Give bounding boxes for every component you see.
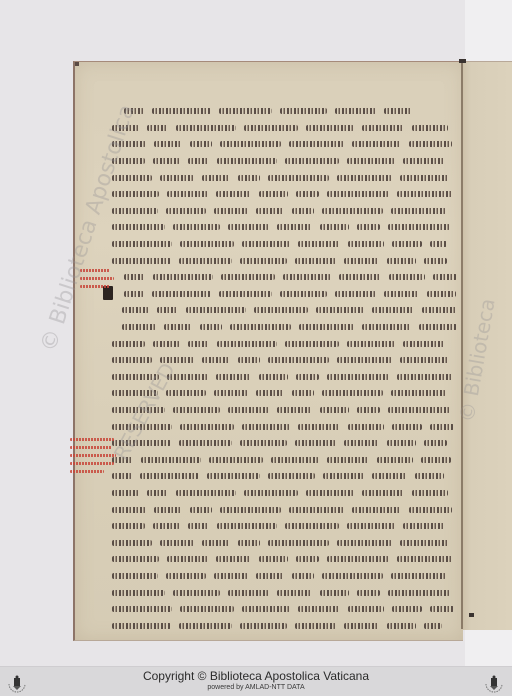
ink-word [397,191,453,197]
ink-word [228,224,269,230]
ink-word [403,158,445,164]
ink-word [160,540,194,546]
ink-word [112,125,139,131]
manuscript-text-block [104,103,464,634]
manuscript-line [104,169,464,186]
ink-word [280,291,327,297]
ink-word [327,556,389,562]
ink-word [167,374,208,380]
ink-word [219,291,272,297]
ink-word [400,357,449,363]
ink-word [160,357,194,363]
ink-word [209,457,263,463]
ink-word [306,490,354,496]
ink-word [112,374,159,380]
ink-word [259,556,288,562]
ink-word [147,125,168,131]
binding-cap-bottom [469,613,474,617]
ink-word [122,307,149,313]
ink-word [384,108,412,114]
ink-word [228,590,269,596]
ink-word [289,141,344,147]
ink-word [179,440,232,446]
manuscript-line [104,302,464,319]
ink-word [421,457,451,463]
manuscript-line [104,451,464,468]
ink-word [221,274,275,280]
ink-word [306,125,354,131]
vatican-seal-icon [483,672,505,694]
ink-word [400,540,449,546]
ink-word [387,623,416,629]
ink-word [112,175,152,181]
ink-word [372,307,414,313]
ink-word [277,590,312,596]
ink-word [153,158,180,164]
ink-word [268,540,329,546]
ink-word [424,623,442,629]
ink-word [259,374,288,380]
ink-word [180,424,234,430]
ink-word [200,324,222,330]
manuscript-line [104,136,464,153]
ink-word [339,274,381,280]
manuscript-line [104,584,464,601]
ink-word [153,341,180,347]
manuscript-line [104,601,464,618]
ink-word [240,623,287,629]
ink-word [327,374,389,380]
ink-word [140,473,199,479]
ink-word [153,274,213,280]
ink-word [392,241,422,247]
ink-word [424,440,447,446]
ink-word [320,407,349,413]
ink-word [391,390,446,396]
ink-word [112,141,146,147]
ink-word [238,175,260,181]
ink-word [337,540,392,546]
ink-word [412,125,448,131]
ink-word [240,258,287,264]
ink-word [112,440,171,446]
ink-word [433,274,457,280]
ink-word [430,241,447,247]
manuscript-line [104,352,464,369]
ink-word [412,490,448,496]
ink-word [112,208,158,214]
ink-word [299,324,354,330]
ink-word [348,606,384,612]
ink-word [409,507,452,513]
ink-word [256,208,284,214]
ink-word [271,457,319,463]
manuscript-line [104,551,464,568]
ink-word [217,341,277,347]
ink-word [391,573,446,579]
ink-word [409,141,452,147]
ink-word [357,224,380,230]
ink-word [362,324,411,330]
ink-word [388,590,450,596]
ink-word [180,241,234,247]
ink-word [188,158,209,164]
ink-word [112,390,158,396]
ink-word [216,374,251,380]
manuscript-line [104,617,464,634]
ink-word [400,175,449,181]
ink-word [388,224,450,230]
ink-word [391,208,446,214]
ink-word [147,490,168,496]
ink-word [124,291,144,297]
ink-word [292,208,314,214]
marginal-note-upper [80,267,114,291]
ink-word [216,191,251,197]
ink-word [277,224,312,230]
ink-word [112,357,152,363]
ink-word [322,390,383,396]
manuscript-line [104,568,464,585]
manuscript-line [104,120,464,137]
ink-word [173,407,220,413]
ink-word [112,341,145,347]
ink-word [190,141,212,147]
ink-word [388,407,450,413]
ink-word [327,191,389,197]
ink-word [285,341,339,347]
ink-word [392,606,422,612]
binding-cap-top [459,59,466,63]
ink-word [323,473,364,479]
marginal-note-lower [70,436,116,476]
ink-word [256,390,284,396]
ink-word [335,291,376,297]
ink-word [240,440,287,446]
ink-word [387,440,416,446]
ink-word [220,141,281,147]
ink-word [377,457,413,463]
manuscript-line [104,402,464,419]
ink-word [296,556,319,562]
ink-word [295,258,336,264]
ink-word [322,573,383,579]
manuscript-line [104,468,464,485]
ink-word [348,241,384,247]
ink-word [362,125,404,131]
ink-word [268,473,315,479]
ink-word [112,623,171,629]
ink-word [316,307,364,313]
ink-word [219,108,272,114]
manuscript-line [104,153,464,170]
ink-word [214,208,248,214]
ink-word [347,341,395,347]
ink-word [217,523,277,529]
ink-word [392,424,422,430]
ink-word [295,623,336,629]
manuscript-line [104,103,464,120]
ink-word [214,573,248,579]
ink-word [242,241,290,247]
ink-word [298,606,340,612]
manuscript-line [104,501,464,518]
ink-word [337,357,392,363]
ink-word [202,540,230,546]
ink-word [112,606,172,612]
ink-word [387,258,416,264]
ink-word [292,390,314,396]
ink-word [167,556,208,562]
ink-word [179,623,232,629]
ink-word [362,490,404,496]
ink-word [285,523,339,529]
copyright-text: Copyright © Biblioteca Apostolica Vatica… [0,669,512,683]
ink-word [347,523,395,529]
ink-word [424,258,447,264]
copyright-footer: Copyright © Biblioteca Apostolica Vatica… [0,666,512,696]
manuscript-line [104,219,464,236]
ink-word [180,606,234,612]
manuscript-line [104,203,464,220]
ink-word [112,540,152,546]
ink-word [166,208,206,214]
ink-word [403,341,445,347]
manuscript-line [104,518,464,535]
ink-word [296,374,319,380]
ink-word [173,224,220,230]
manuscript-line [104,435,464,452]
ink-word [153,523,180,529]
ink-word [176,125,236,131]
ink-word [112,507,146,513]
ink-word [292,573,314,579]
manuscript-line [104,319,464,336]
facing-page-edge [461,61,512,630]
ink-word [322,208,383,214]
ink-word [397,374,453,380]
ink-word [186,307,246,313]
ink-word [167,191,208,197]
ink-word [289,507,344,513]
ink-word [238,540,260,546]
ink-word [202,357,230,363]
ink-word [228,407,269,413]
ink-word [112,224,165,230]
ink-word [285,158,339,164]
manuscript-line [104,269,464,286]
ink-word [403,523,445,529]
ink-word [154,141,182,147]
ink-word [112,590,165,596]
ink-word [124,274,145,280]
ink-word [190,507,212,513]
ink-word [254,307,308,313]
ink-word [112,191,159,197]
ink-word [112,424,172,430]
manuscript-line [104,418,464,435]
ink-word [295,440,336,446]
ink-word [415,473,444,479]
ink-word [157,307,178,313]
ink-word [344,258,379,264]
ink-word [259,191,288,197]
ink-word [427,291,456,297]
ink-word [347,158,395,164]
ink-word [188,523,209,529]
ink-word [352,507,401,513]
ink-word [298,241,340,247]
ink-word [202,175,230,181]
ink-word [112,241,172,247]
ink-word [320,590,349,596]
ink-word [112,556,159,562]
ink-word [164,324,192,330]
ink-word [244,490,298,496]
ink-word [173,590,220,596]
ink-word [277,407,312,413]
ink-word [389,274,425,280]
ink-word [422,307,457,313]
ink-word [283,274,331,280]
ink-word [244,125,298,131]
ink-word [430,606,454,612]
ink-word [419,324,457,330]
ink-word [152,291,211,297]
manuscript-line [104,236,464,253]
ink-word [112,158,145,164]
ink-word [176,490,236,496]
ink-word [216,556,251,562]
ink-word [122,324,156,330]
manuscript-line [104,335,464,352]
ink-word [280,108,327,114]
ink-word [179,258,232,264]
ink-word [348,424,384,430]
ink-word [335,108,376,114]
ink-word [166,390,206,396]
ink-word [344,623,379,629]
ink-word [320,224,349,230]
ink-word [141,457,201,463]
ink-word [112,573,158,579]
ink-word [268,175,329,181]
ink-word [112,407,165,413]
ink-word [152,108,211,114]
manuscript-line [104,385,464,402]
manuscript-line [104,485,464,502]
ink-word [207,473,260,479]
ink-word [160,175,194,181]
ink-word [357,407,380,413]
manuscript-line [104,252,464,269]
manuscript-line [104,369,464,386]
ink-word [112,490,139,496]
manuscript-line [104,286,464,303]
ink-word [337,175,392,181]
ink-word [230,324,291,330]
ink-word [217,158,277,164]
ink-word [242,606,290,612]
ink-word [327,457,369,463]
ink-word [214,390,248,396]
ink-word [372,473,407,479]
ink-word [397,556,453,562]
manuscript-line [104,186,464,203]
ink-word [296,191,319,197]
manuscript-line [104,534,464,551]
ink-word [298,424,340,430]
ink-word [112,258,171,264]
ink-word [384,291,419,297]
ink-word [430,424,454,430]
ink-word [344,440,379,446]
powered-by-text: powered by AMLAD-NTT DATA [0,684,512,691]
ink-word [220,507,281,513]
ink-word [124,108,144,114]
ink-word [238,357,260,363]
ink-word [166,573,206,579]
ink-word [188,341,209,347]
ink-word [112,523,145,529]
ink-word [352,141,401,147]
ink-word [256,573,284,579]
ink-word [242,424,290,430]
ink-word [357,590,380,596]
ink-word [268,357,329,363]
ink-word [154,507,182,513]
